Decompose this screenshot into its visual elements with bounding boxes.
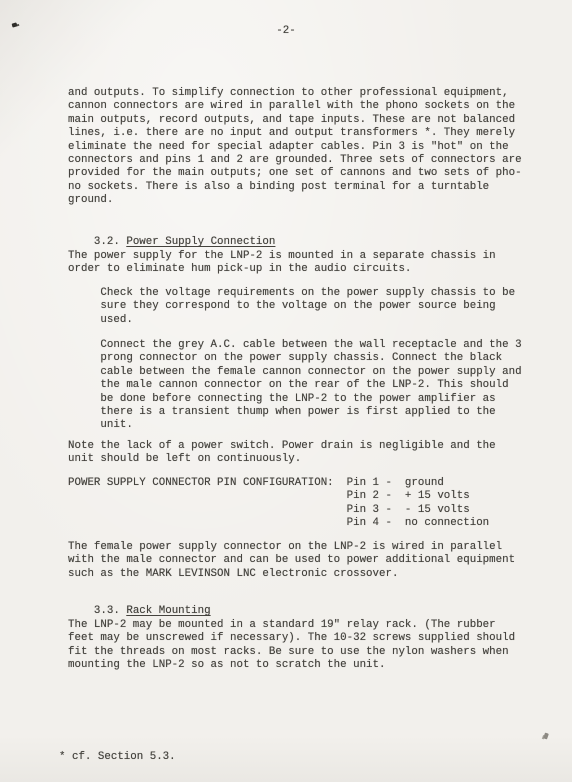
section-number: 3.2.	[94, 236, 120, 248]
paragraph-female-connector: The female power supply connector on the…	[68, 541, 515, 581]
paragraph-rack-mounting: The LNP-2 may be mounted in a standard 1…	[68, 619, 515, 673]
paragraph-outputs-connections: and outputs. To simplify connection to o…	[68, 87, 522, 208]
pin-configuration-table: POWER SUPPLY CONNECTOR PIN CONFIGURATION…	[68, 477, 489, 531]
paragraph-no-power-switch: Note the lack of a power switch. Power d…	[68, 440, 496, 467]
section-number: 3.3.	[94, 605, 120, 617]
paragraph-power-supply-chassis: The power supply for the LNP-2 is mounte…	[68, 250, 496, 277]
paragraph-check-voltage: Check the voltage requirements on the po…	[68, 287, 515, 327]
section-title: Rack Mounting	[126, 605, 210, 617]
page-number: -2-	[0, 25, 572, 38]
section-title: Power Supply Connection	[126, 236, 275, 248]
scanned-document-page: -2- and outputs. To simplify connection …	[0, 0, 572, 782]
footnote: * cf. Section 5.3.	[59, 751, 176, 764]
scan-artifact-speck	[543, 732, 549, 739]
paragraph-connect-cables: Connect the grey A.C. cable between the …	[68, 339, 522, 433]
